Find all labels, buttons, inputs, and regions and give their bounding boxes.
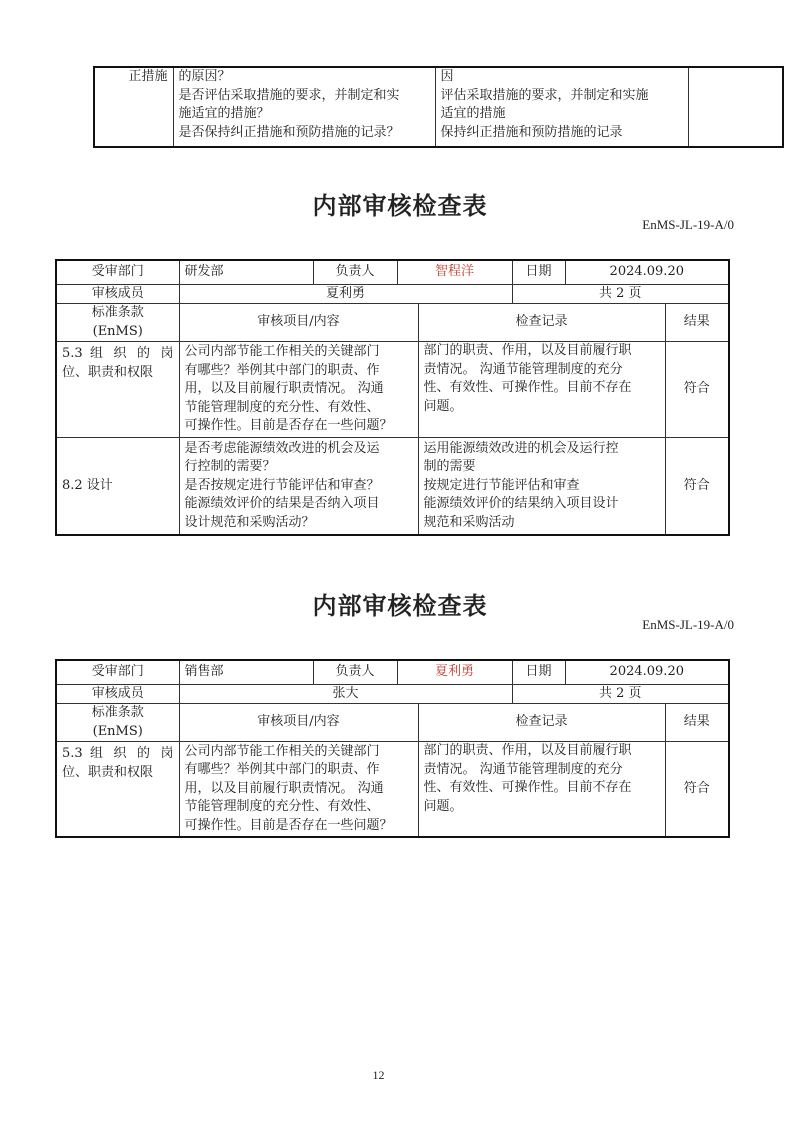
text-line: 标准条款 [62, 304, 174, 323]
page-number: 12 [0, 1068, 757, 1083]
records-header: 检查记录 [418, 704, 665, 742]
text-line: 可操作性。目前是否存在一些问题？ [185, 817, 413, 836]
records-cell: 因 评估采取措施的要求，并制定和实施 适宜的措施 保持纠正措施和预防措施的记录 [435, 67, 688, 147]
text-line: 性、有效性、可操作性。目前不存在 [424, 379, 660, 398]
members-label: 审核成员 [56, 684, 179, 704]
records-header: 检查记录 [418, 304, 665, 342]
result-cell: 符合 [665, 342, 729, 438]
audit-items-cell: 公司内部节能工作相关的关键部门 有哪些？举例其中部门的职责、作 用，以及目前履行… [179, 342, 418, 438]
document-number: EnMS-JL-19-A/0 [642, 217, 734, 233]
text-line: 责情况。 沟通节能管理制度的充分 [424, 761, 660, 780]
text-line: 用，以及目前履行职责情况。 沟通 [185, 780, 413, 799]
items-header: 审核项目/内容 [179, 704, 418, 742]
members-value: 夏利勇 [179, 284, 512, 304]
header-row-dept: 受审部门 销售部 负责人 夏利勇 日期 2024.09.20 [56, 660, 729, 684]
page-count: 共 2 页 [512, 684, 729, 704]
text-line: 保持纠正措施和预防措施的记录 [441, 124, 683, 143]
text-line: 是否考虑能源绩效改进的机会及运 [185, 440, 413, 459]
table-row: 8.2 设计 是否考虑能源绩效改进的机会及运 行控制的需要？ 是否按规定进行节能… [56, 438, 729, 535]
form-title: 内部审核检查表 [0, 186, 800, 221]
dept-label: 受审部门 [56, 660, 179, 684]
dept-value: 研发部 [179, 260, 313, 284]
column-header-row: 标准条款 (EnMS) 审核项目/内容 检查记录 结果 [56, 704, 729, 742]
date-label: 日期 [512, 260, 565, 284]
text-line: 能源绩效评价的结果纳入项目设计 [424, 495, 660, 514]
audit-checklist-table: 受审部门 研发部 负责人 智程洋 日期 2024.09.20 审核成员 夏利勇 … [55, 259, 730, 536]
audit-items-cell: 是否考虑能源绩效改进的机会及运 行控制的需要？ 是否按规定进行节能评估和审查？ … [179, 438, 418, 535]
text-line: 适宜的措施 [441, 105, 683, 124]
text-line: 制的需要 [424, 458, 660, 477]
text-line: 5.3 组 织 的 岗 [62, 345, 174, 364]
text-line: 问题。 [424, 798, 660, 817]
text-line: 评估采取措施的要求，并制定和实施 [441, 87, 683, 106]
text-line: 是否保持纠正措施和预防措施的记录？ [179, 124, 430, 143]
text-line: 问题。 [424, 398, 660, 417]
text-line: 责情况。 沟通节能管理制度的充分 [424, 361, 660, 380]
text-line: 设计规范和采购活动？ [185, 514, 413, 533]
text-line: 部门的职责、作用，以及目前履行职 [424, 742, 660, 761]
text-line: 位、职责和权限 [62, 364, 174, 383]
result-header: 结果 [665, 304, 729, 342]
members-value: 张大 [179, 684, 512, 704]
clause-cell: 8.2 设计 [56, 438, 179, 535]
date-value: 2024.09.20 [565, 660, 729, 684]
form-title: 内部审核检查表 [0, 586, 800, 621]
document-number: EnMS-JL-19-A/0 [642, 617, 734, 633]
result-cell: 符合 [665, 742, 729, 837]
audit-items-cell: 的原因？ 是否评估采取措施的要求，并制定和实 施适宜的措施？ 是否保持纠正措施和… [173, 67, 435, 147]
text-line: 有哪些？举例其中部门的职责、作 [185, 761, 413, 780]
text-line: 部门的职责、作用，以及目前履行职 [424, 342, 660, 361]
text-line: 公司内部节能工作相关的关键部门 [185, 343, 413, 362]
header-row-members: 审核成员 张大 共 2 页 [56, 684, 729, 704]
owner-label: 负责人 [313, 260, 397, 284]
text-line: 施适宜的措施？ [179, 105, 430, 124]
text-line: 因 [441, 68, 683, 87]
owner-value: 智程洋 [397, 260, 512, 284]
clause-header: 标准条款 (EnMS) [56, 304, 179, 342]
text-line: 性、有效性、可操作性。目前不存在 [424, 779, 660, 798]
audit-items-cell: 公司内部节能工作相关的关键部门 有哪些？举例其中部门的职责、作 用，以及目前履行… [179, 742, 418, 837]
text-line: 能源绩效评价的结果是否纳入项目 [185, 495, 413, 514]
owner-label: 负责人 [313, 660, 397, 684]
clause-cell: 5.3 组 织 的 岗 位、职责和权限 [56, 742, 179, 837]
clause-header: 标准条款 (EnMS) [56, 704, 179, 742]
text-line: 5.3 组 织 的 岗 [62, 745, 174, 764]
table-row: 5.3 组 织 的 岗 位、职责和权限 公司内部节能工作相关的关键部门 有哪些？… [56, 742, 729, 837]
text-line: 用，以及目前履行职责情况。 沟通 [185, 380, 413, 399]
text-line: 的原因？ [179, 68, 430, 87]
text-line: 按规定进行节能评估和审查 [424, 477, 660, 496]
text-line: 标准条款 [62, 704, 174, 723]
text-line: 位、职责和权限 [62, 764, 174, 783]
members-label: 审核成员 [56, 284, 179, 304]
date-value: 2024.09.20 [565, 260, 729, 284]
continuation-table: 正措施 的原因？ 是否评估采取措施的要求，并制定和实 施适宜的措施？ 是否保持纠… [93, 66, 784, 148]
page-count: 共 2 页 [512, 284, 729, 304]
text-line: 节能管理制度的充分性、有效性、 [185, 798, 413, 817]
audit-checklist-table: 受审部门 销售部 负责人 夏利勇 日期 2024.09.20 审核成员 张大 共… [55, 659, 730, 838]
items-header: 审核项目/内容 [179, 304, 418, 342]
text-line: 可操作性。目前是否存在一些问题？ [185, 417, 413, 436]
text-line: 节能管理制度的充分性、有效性、 [185, 399, 413, 418]
records-cell: 部门的职责、作用，以及目前履行职 责情况。 沟通节能管理制度的充分 性、有效性、… [418, 342, 665, 438]
result-cell: 符合 [665, 438, 729, 535]
column-header-row: 标准条款 (EnMS) 审核项目/内容 检查记录 结果 [56, 304, 729, 342]
text-line: 行控制的需要？ [185, 458, 413, 477]
clause-cell: 5.3 组 织 的 岗 位、职责和权限 [56, 342, 179, 438]
header-row-members: 审核成员 夏利勇 共 2 页 [56, 284, 729, 304]
text-line: 是否评估采取措施的要求，并制定和实 [179, 87, 430, 106]
header-row-dept: 受审部门 研发部 负责人 智程洋 日期 2024.09.20 [56, 260, 729, 284]
text-line: 公司内部节能工作相关的关键部门 [185, 743, 413, 762]
result-header: 结果 [665, 704, 729, 742]
records-cell: 部门的职责、作用，以及目前履行职 责情况。 沟通节能管理制度的充分 性、有效性、… [418, 742, 665, 837]
text-line: 运用能源绩效改进的机会及运行控 [424, 440, 660, 459]
owner-value: 夏利勇 [397, 660, 512, 684]
text-line: (EnMS) [62, 323, 174, 342]
dept-label: 受审部门 [56, 260, 179, 284]
clause-cell: 正措施 [94, 67, 173, 147]
text-line: 是否按规定进行节能评估和审查？ [185, 477, 413, 496]
records-cell: 运用能源绩效改进的机会及运行控 制的需要 按规定进行节能评估和审查 能源绩效评价… [418, 438, 665, 535]
table-row: 5.3 组 织 的 岗 位、职责和权限 公司内部节能工作相关的关键部门 有哪些？… [56, 342, 729, 438]
text-line: (EnMS) [62, 723, 174, 742]
text-line: 有哪些？举例其中部门的职责、作 [185, 362, 413, 381]
text-line: 规范和采购活动 [424, 514, 660, 533]
table-row: 正措施 的原因？ 是否评估采取措施的要求，并制定和实 施适宜的措施？ 是否保持纠… [94, 67, 783, 147]
date-label: 日期 [512, 660, 565, 684]
result-cell [688, 67, 783, 147]
dept-value: 销售部 [179, 660, 313, 684]
